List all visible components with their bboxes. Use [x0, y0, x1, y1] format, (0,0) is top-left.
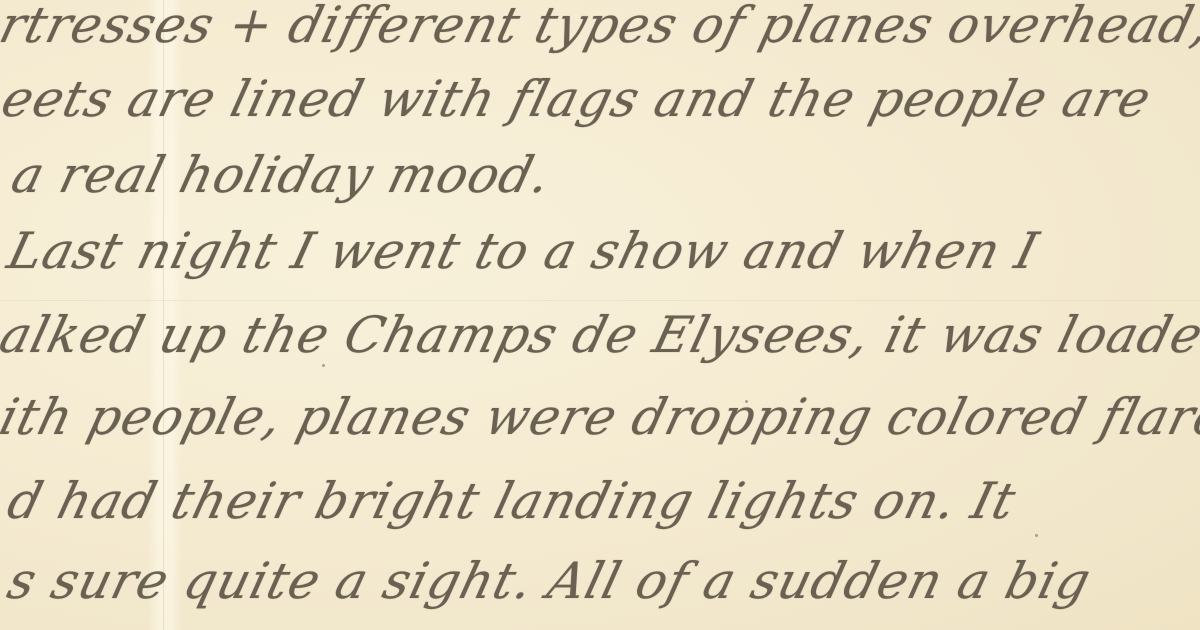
ink-fleck: [745, 400, 748, 403]
ink-fleck: [322, 364, 325, 367]
letter-line-1: rtresses + different types of planes ove…: [0, 0, 1200, 54]
ink-fleck: [1035, 534, 1038, 537]
letter-line-2: eets are lined with flags and the people…: [0, 70, 1157, 128]
letter-line-3: a real holiday mood.: [6, 146, 557, 204]
letter-line-7: d had their bright landing lights on. It: [2, 472, 1022, 530]
letter-line-5: alked up the Champs de Elysees, it was l…: [0, 306, 1200, 364]
paper-crease: [0, 300, 1200, 301]
letter-line-6: ith people, planes were dropping colored…: [0, 388, 1200, 446]
letter-line-8: s sure quite a sight. All of a sudden a …: [2, 552, 1097, 610]
letter-page: rtresses + different types of planes ove…: [0, 0, 1200, 630]
letter-line-4: Last night I went to a show and when I: [2, 222, 1045, 280]
